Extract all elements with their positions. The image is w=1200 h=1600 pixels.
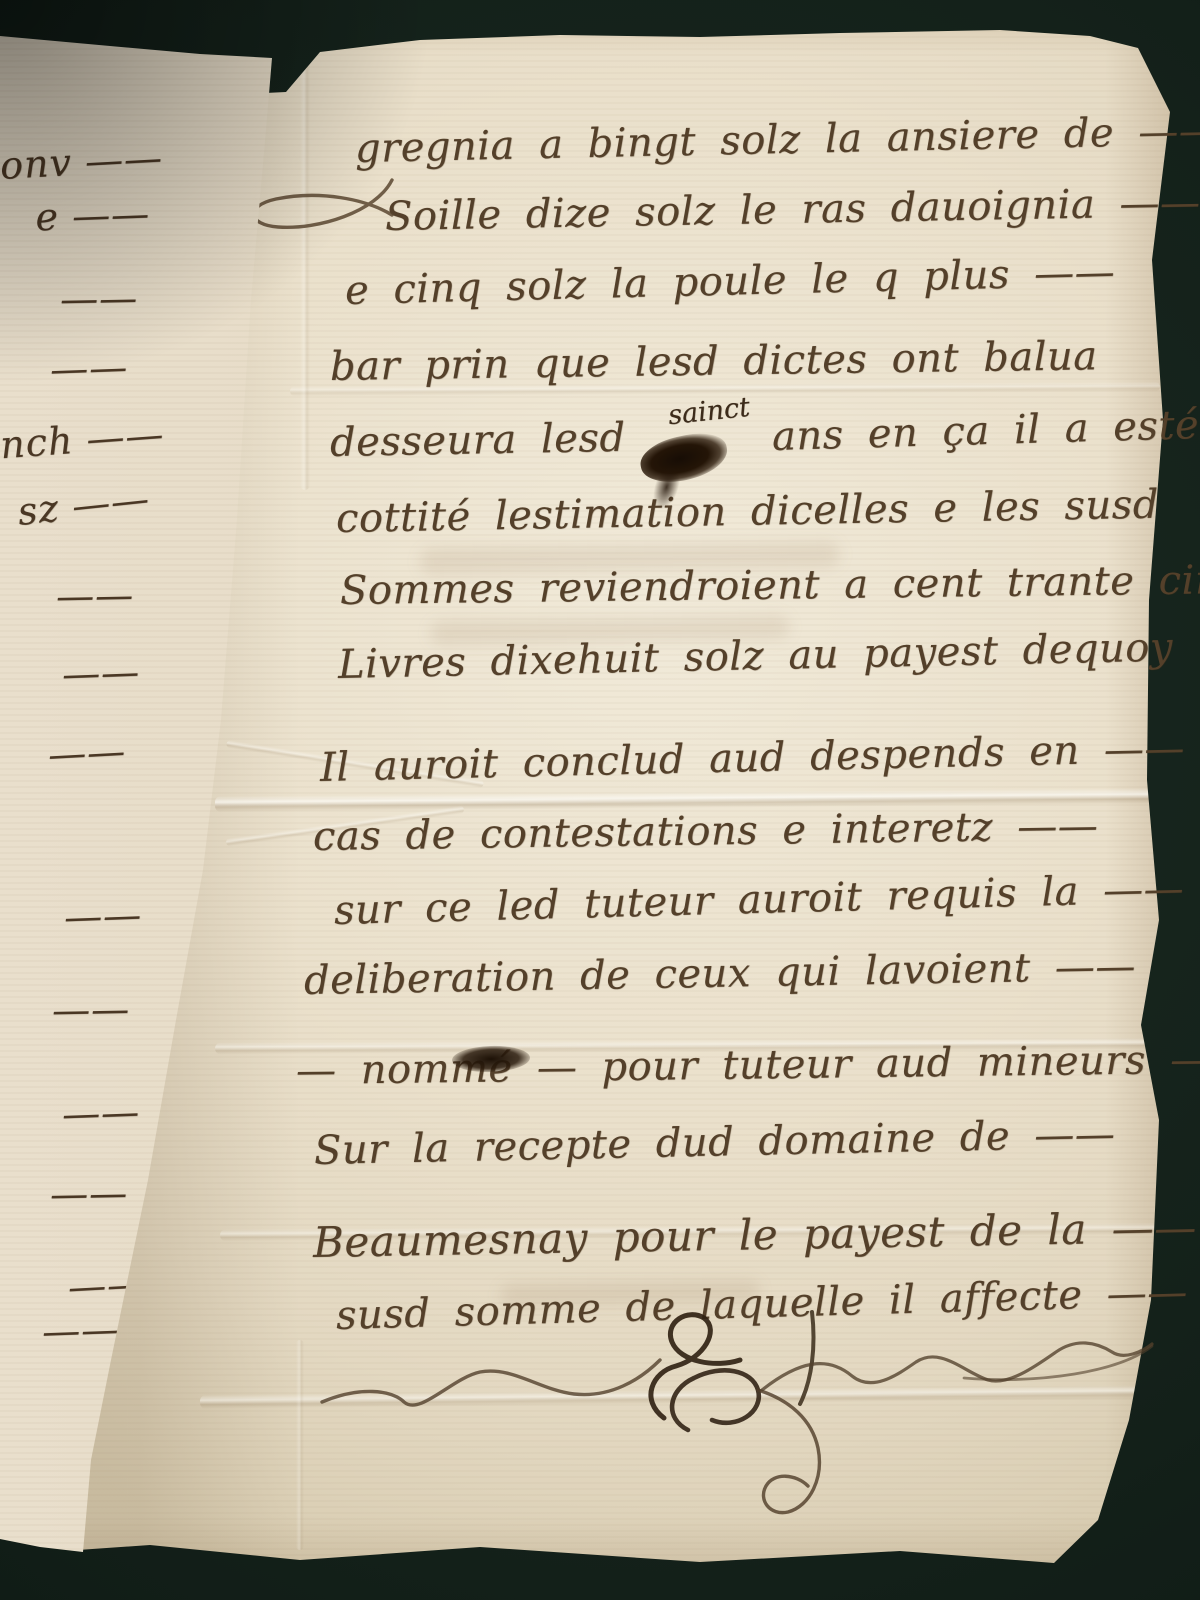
- facing-line-fragment: ——: [0, 987, 130, 1033]
- facing-line-fragment: onv ——: [0, 136, 151, 188]
- facing-line-fragment: ——: [0, 650, 141, 699]
- handwritten-line: desseura lesd: [330, 415, 626, 466]
- facing-line-fragment: ——: [0, 1307, 121, 1355]
- facing-line-fragment: sz ——: [0, 476, 152, 535]
- paper-crease: [296, 1340, 304, 1550]
- facing-line-fragment: nch ——: [0, 413, 151, 467]
- facing-line-fragment: ——: [0, 1171, 128, 1217]
- facing-line-fragment: ——: [0, 276, 138, 322]
- paper-crease: [300, 60, 310, 490]
- facing-line-fragment: ——: [0, 729, 127, 780]
- facing-line-fragment: ——: [0, 1090, 141, 1139]
- facing-line-fragment: ——: [0, 345, 129, 393]
- facing-line-fragment: e ——: [0, 191, 151, 240]
- manuscript-photo: gregnia a bingt solz la ansiere de —— So…: [0, 0, 1200, 1600]
- facing-line-fragment: ——: [0, 893, 143, 942]
- paper-crease: [200, 1385, 1150, 1409]
- facing-line-fragment: ——: [0, 573, 134, 619]
